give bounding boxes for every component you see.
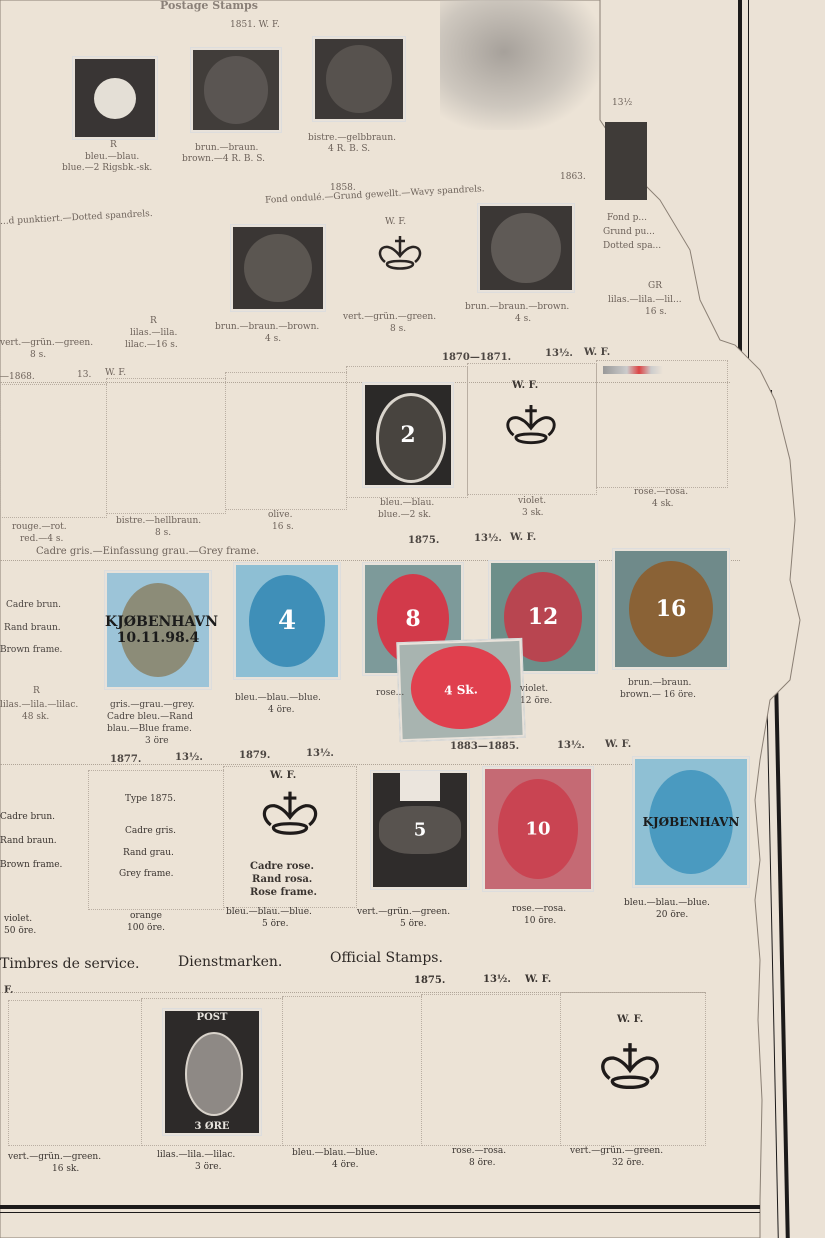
- slot-official-4ore: [282, 996, 422, 1146]
- stamp-1851-2rbs: [72, 56, 158, 140]
- caption-1875-16ore: brown.— 16 öre.: [620, 690, 696, 701]
- wf-label-1879: W. F.: [270, 770, 296, 781]
- wf-label-1858: W. F.: [385, 217, 406, 228]
- bottom-rule-thin: [0, 1212, 760, 1213]
- caption-1883-5ore: 5 öre.: [400, 919, 427, 930]
- stamp-1883-20ore: KJØBENHAVN: [632, 756, 750, 888]
- wf-1870: W. F.: [584, 347, 610, 358]
- wf-label-1870: W. F.: [512, 380, 538, 391]
- caption-1875-12ore: 12 öre.: [520, 696, 552, 707]
- perf-1875: 13½.: [474, 533, 502, 544]
- slot-1868-4s: [0, 384, 107, 518]
- caption-1877-orange: orange: [130, 911, 162, 922]
- caption-1858-r: R: [150, 316, 157, 327]
- album-page-photo: Postage Stamps 1851. W. F. 13½ R bleu.—b…: [0, 0, 825, 1238]
- caption-1858-green: vert.—grün.—green.: [0, 338, 93, 349]
- stamp-1858-4s: [230, 224, 326, 312]
- wf-note-2: Rand rosa.: [252, 874, 312, 885]
- stamp-1851-4rbs-b: [312, 36, 406, 122]
- wf-1875: W. F.: [510, 532, 536, 543]
- note-dotted-3: Dotted spa...: [603, 241, 661, 252]
- frame-note-brown-3: Brown frame.: [0, 645, 62, 656]
- caption-official-16sk: 16 sk.: [52, 1164, 79, 1175]
- caption-official-blue: bleu.—blau.—blue.: [292, 1148, 378, 1159]
- caption-1851-1b: blue.—2 Rigsbk.-sk.: [62, 163, 152, 174]
- caption-1875-blueframe-2: blau.—Blue frame.: [107, 724, 192, 735]
- caption-official-8ore: 8 öre.: [469, 1158, 496, 1169]
- official-title-en: Official Stamps.: [330, 950, 443, 966]
- caption-1877-100ore: 100 öre.: [127, 923, 165, 934]
- slot-1877-100ore: [88, 770, 224, 910]
- header-1875: 1875.: [408, 535, 439, 546]
- type-note-1: Type 1875.: [125, 794, 176, 805]
- stamp-1875-16ore: 16: [612, 548, 730, 670]
- caption-1851-2b: brown.—4 R. B. S.: [182, 154, 265, 165]
- perf-1870: 13½.: [545, 348, 573, 359]
- caption-1868-bistre: bistre.—hellbraun.: [116, 516, 201, 527]
- caption-1875-4ore: 4 öre.: [268, 705, 295, 716]
- perf-1883: 13½.: [557, 740, 585, 751]
- caption-1858-wf-8s: 8 s.: [390, 324, 406, 335]
- official-wf: W. F.: [525, 974, 551, 985]
- slot-1868-8s: [106, 378, 226, 514]
- perf-1879: 13½.: [306, 748, 334, 759]
- wf-note-3: Rose frame.: [250, 887, 317, 898]
- caption-1868-4s: red.—4 s.: [20, 534, 63, 545]
- caption-official-4ore: 4 öre.: [332, 1160, 359, 1171]
- caption-1858-4s: 4 s.: [265, 334, 281, 345]
- stamp-remnant: [603, 366, 663, 374]
- caption-1883-20ore: 20 öre.: [656, 910, 688, 921]
- caption-1858-wavy-4s: 4 s.: [515, 314, 531, 325]
- caption-1858-16s: lilac.—16 s.: [125, 340, 178, 351]
- caption-1877-violet: violet.: [4, 914, 32, 925]
- caption-1858-wavy-brown: brun.—braun.—brown.: [465, 302, 569, 313]
- caption-1883-rose: rose.—rosa.: [512, 904, 566, 915]
- caption-1875-blue: bleu.—blau.—blue.: [235, 693, 321, 704]
- crown-watermark-icon: [258, 784, 322, 848]
- caption-1868-16s: 16 s.: [272, 522, 294, 533]
- crown-watermark-icon: [375, 234, 425, 276]
- bottom-rule: [0, 1205, 760, 1209]
- caption-1870-rose: rose.—rosa.: [634, 487, 688, 498]
- caption-official-3ore: 3 öre.: [195, 1162, 222, 1173]
- header-1870: 1870—1871.: [442, 352, 511, 363]
- caption-1858-lilac: lilas.—lila.: [130, 328, 177, 339]
- stamp-1851-4rbs-a: [190, 47, 282, 133]
- wf-label-official: W. F.: [617, 1014, 643, 1025]
- note-dotted-1: Fond p...: [607, 213, 647, 224]
- caption-1875-3ore: 3 öre: [145, 736, 169, 747]
- perf-1868: 13.: [77, 370, 91, 381]
- caption-1875-blueframe-1: Cadre bleu.—Rand: [107, 712, 193, 723]
- caption-1870-violet: violet.: [518, 496, 546, 507]
- caption-1851-2a: brun.—braun.: [195, 143, 258, 154]
- frame-note-1877-2: Rand braun.: [0, 836, 57, 847]
- caption-1875-rose: rose...: [376, 688, 404, 699]
- wf-note-1: Cadre rose.: [250, 861, 314, 872]
- type-note-3: Rand grau.: [123, 848, 174, 859]
- note-dotted-2: Grund pu...: [603, 227, 655, 238]
- caption-1875-grey: gris.—grau.—grey.: [110, 700, 195, 711]
- caption-1870-2sk: blue.—2 sk.: [378, 510, 431, 521]
- official-title-de: Dienstmarken.: [178, 954, 282, 970]
- crown-watermark-icon: [502, 398, 560, 456]
- stamp-1875-4ore: 4: [233, 562, 341, 680]
- type-note-4: Grey frame.: [119, 869, 173, 880]
- caption-1877-50ore: 50 öre.: [4, 926, 36, 937]
- page-title: Postage Stamps: [160, 0, 258, 11]
- frame-note-brown-2: Rand braun.: [4, 623, 61, 634]
- stamp-1858-4s-wavy: [477, 203, 575, 293]
- stamp-1870-2sk: 2: [362, 382, 454, 488]
- caption-official-lilac: lilas.—lila.—lilac.: [157, 1150, 235, 1161]
- caption-1858-brown: brun.—braun.—brown.: [215, 322, 319, 333]
- frame-note-brown-1: Cadre brun.: [6, 600, 61, 611]
- loose-stamp-4sk: 4 Sk.: [396, 638, 525, 742]
- vignette-illustration: [440, 0, 600, 130]
- caption-1858-wf-green: vert.—grün.—green.: [343, 312, 436, 323]
- caption-1851-3a: bistre.—gelbbraun.: [308, 133, 396, 144]
- caption-1868-red: rouge.—rot.: [12, 522, 67, 533]
- frame-header-1875: Cadre gris.—Einfassung grau.—Grey frame.: [36, 546, 259, 557]
- caption-1875-r: R: [33, 686, 40, 697]
- official-perf: 13½.: [483, 974, 511, 985]
- header-1883: 1883—1885.: [450, 741, 519, 752]
- official-left-label: F.: [4, 985, 14, 996]
- caption-1875-violet: violet.: [520, 684, 548, 695]
- crown-watermark-icon: [596, 1034, 664, 1104]
- wf-1883: W. F.: [605, 739, 631, 750]
- slot-official-8ore: [421, 994, 561, 1146]
- caption-1883-green: vert.—grün.—green.: [357, 907, 450, 918]
- perf-1877: 13½.: [175, 752, 203, 763]
- caption-1875-brown: brun.—braun.: [628, 678, 691, 689]
- year-1863: 1863.: [560, 172, 586, 183]
- section-1851-header: 1851. W. F.: [230, 20, 280, 31]
- caption-1875-lilac: lilas.—lila.—lilac.: [0, 700, 78, 711]
- frame-note-1877-3: Brown frame.: [0, 860, 62, 871]
- type-note-2: Cadre gris.: [125, 826, 176, 837]
- stamp-1883-10ore: 10: [482, 766, 594, 892]
- official-title-fr: Timbres de service.: [0, 956, 140, 972]
- caption-1868-8s: 8 s.: [155, 528, 171, 539]
- frame-note-1877-1: Cadre brun.: [0, 812, 55, 823]
- gr-label: GR: [648, 281, 662, 292]
- caption-1875-48sk: 48 sk.: [22, 712, 49, 723]
- caption-1879-blue: bleu.—blau.—blue.: [226, 907, 312, 918]
- caption-1851-3b: 4 R. B. S.: [328, 144, 370, 155]
- caption-official-green-32: vert.—grün.—green.: [570, 1146, 663, 1157]
- caption-1851-r: R: [110, 140, 117, 151]
- caption-1883-blue: bleu.—blau.—blue.: [624, 898, 710, 909]
- caption-official-green: vert.—grün.—green.: [8, 1152, 101, 1163]
- caption-1863-lilac: lilas.—lila.—lil...: [608, 295, 682, 306]
- partial-stamp-top-right: [605, 122, 647, 200]
- caption-official-rose: rose.—rosa.: [452, 1146, 506, 1157]
- caption-1870-3sk: 3 sk.: [522, 508, 544, 519]
- slot-1870-4sk: [596, 360, 728, 488]
- caption-1879-5ore: 5 öre.: [262, 919, 289, 930]
- caption-1863-16s: 16 s.: [645, 307, 667, 318]
- header-1879: 1879.: [239, 750, 270, 761]
- slot-official-16sk: [8, 1000, 142, 1146]
- caption-official-32ore: 32 öre.: [612, 1158, 644, 1169]
- slot-1868-16s: [225, 372, 347, 510]
- caption-1858-8s: 8 s.: [30, 350, 46, 361]
- caption-1883-10ore: 10 öre.: [524, 916, 556, 927]
- caption-1870-blue: bleu.—blau.: [380, 498, 434, 509]
- caption-1851-1a: bleu.—blau.: [85, 152, 139, 163]
- official-header: 1875.: [414, 975, 445, 986]
- stamp-official-3ore: POST 3 ØRE: [162, 1008, 262, 1136]
- caption-1870-4sk: 4 sk.: [652, 499, 674, 510]
- stamp-1883-5ore: 5: [370, 770, 470, 890]
- perf-label-top-right: 13½: [612, 98, 632, 109]
- stamp-1875-3ore: KJØBENHAVN 10.11.98.4: [104, 570, 212, 690]
- caption-1868-olive: olive.: [268, 510, 292, 521]
